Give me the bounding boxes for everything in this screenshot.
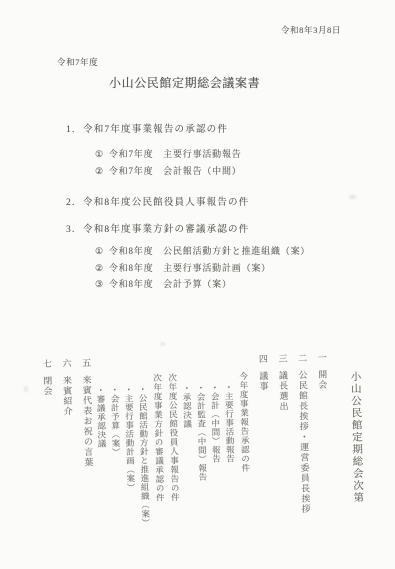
meeting-order-section: 小山公民館定期総会次第 一開会 二公民館長挨拶・運営委員長挨拶 三議長選出 四議… — [26, 352, 365, 569]
order-item-number: 六 — [61, 358, 71, 369]
order-item-text: 議長選出 — [278, 371, 289, 412]
order-item-number: 二 — [297, 353, 307, 364]
order-item-6: 六来賓紹介 — [61, 358, 76, 569]
agenda-subitem-number: ③ — [95, 279, 104, 290]
order-bullet-item: ・承認決議 — [181, 356, 196, 568]
order-item-7: 七閉会 — [41, 359, 56, 569]
order-item-5: 五来賓代表お祝の言葉 — [80, 358, 95, 569]
order-item-1: 一開会 — [316, 353, 331, 565]
scan-artifact — [160, 342, 165, 346]
fiscal-year-label: 令和7年度 — [57, 56, 98, 68]
agenda-subitem-3-1: ①令和8年度 公民館活動方針と推進組織（案） — [95, 244, 310, 257]
order-item-number: 一 — [317, 353, 327, 364]
order-item-3: 三議長選出 — [277, 354, 292, 566]
scan-artifact — [349, 195, 356, 199]
agenda-subitem-number: ① — [95, 149, 104, 160]
order-bullet-item: ・会計監査（中間）報告 — [195, 355, 210, 567]
order-item-text: 閉会 — [42, 376, 52, 397]
agenda-subitem-3-3: ③令和8年度 会計予算（案） — [95, 277, 232, 290]
order-item-text: 公民館長挨拶・運営委員長挨拶 — [297, 370, 310, 514]
order-item-number: 五 — [81, 358, 91, 369]
agenda-subitem-3-2: ②令和8年度 主要行事活動計画（案） — [95, 261, 271, 274]
order-bullet-item: ・公民館活動方針と推進組織（案） — [137, 357, 152, 569]
agenda-item-text: 令和7年度事業報告の承認の件 — [83, 125, 228, 135]
order-bullet-item: ・審議承認決議 — [95, 358, 110, 569]
order-subitem: 次年度公民館役員人事報告の件 — [167, 356, 182, 568]
order-subitem: 次年度事業方針の審議承認の件 — [152, 356, 167, 568]
order-item-number: 四 — [258, 354, 268, 365]
agenda-subitem-text: 令和7年度 会計報告（中間） — [109, 166, 242, 176]
agenda-subitem-number: ② — [95, 263, 104, 274]
agenda-item-2: 2.令和8年度公民館役員人事報告の件 — [66, 194, 249, 208]
agenda-subitem-number: ② — [95, 166, 104, 177]
agenda-subitem-text: 令和8年度 会計予算（案） — [109, 279, 232, 289]
agenda-item-number: 3. — [66, 225, 83, 235]
agenda-item-text: 令和8年度事業方針の審議承認の件 — [83, 225, 249, 235]
agenda-item-1: 1.令和7年度事業報告の承認の件 — [66, 121, 228, 135]
order-item-text: 来賓代表お祝の言葉 — [81, 375, 93, 468]
agenda-subitem-text: 令和7年度 主要行事活動報告 — [109, 149, 242, 159]
order-bullet-item: ・会計予算（案） — [109, 357, 124, 569]
order-bullet-item: ・主要行事活動報告 — [223, 355, 238, 567]
order-item-4: 四議事 — [257, 354, 272, 566]
order-item-number: 七 — [42, 359, 52, 370]
agenda-subitem-text: 令和8年度 公民館活動方針と推進組織（案） — [109, 246, 310, 256]
order-bullet-item: ・主要行事活動計画（案） — [123, 357, 138, 569]
order-bullet-item: ・会計（中間）報告 — [209, 355, 224, 567]
agenda-item-text: 令和8年度公民館役員人事報告の件 — [83, 198, 249, 208]
document-title: 小山公民館定期総会議案書 — [109, 74, 260, 91]
agenda-subitem-1-1: ①令和7年度 主要行事活動報告 — [95, 147, 242, 160]
order-item-number: 三 — [277, 354, 287, 365]
order-subitem: 今年度事業報告承認の件 — [238, 354, 253, 566]
scanned-document-page: 令和8年3月8日 令和7年度 小山公民館定期総会議案書 1.令和7年度事業報告の… — [0, 0, 395, 569]
agenda-subitem-1-2: ②令和7年度 会計報告（中間） — [95, 164, 242, 177]
agenda-item-number: 1. — [66, 125, 83, 135]
meeting-order-title: 小山公民館定期総会次第 — [348, 352, 365, 564]
agenda-item-number: 2. — [66, 198, 83, 208]
order-item-text: 来賓紹介 — [62, 376, 73, 417]
document-date: 令和8年3月8日 — [281, 24, 341, 36]
order-item-text: 議事 — [258, 371, 268, 392]
order-item-2: 二公民館長挨拶・運営委員長挨拶 — [296, 353, 311, 565]
agenda-item-3: 3.令和8年度事業方針の審議承認の件 — [66, 221, 249, 235]
order-item-text: 開会 — [317, 370, 327, 391]
agenda-subitem-text: 令和8年度 主要行事活動計画（案） — [109, 263, 271, 273]
agenda-subitem-number: ① — [95, 246, 104, 257]
